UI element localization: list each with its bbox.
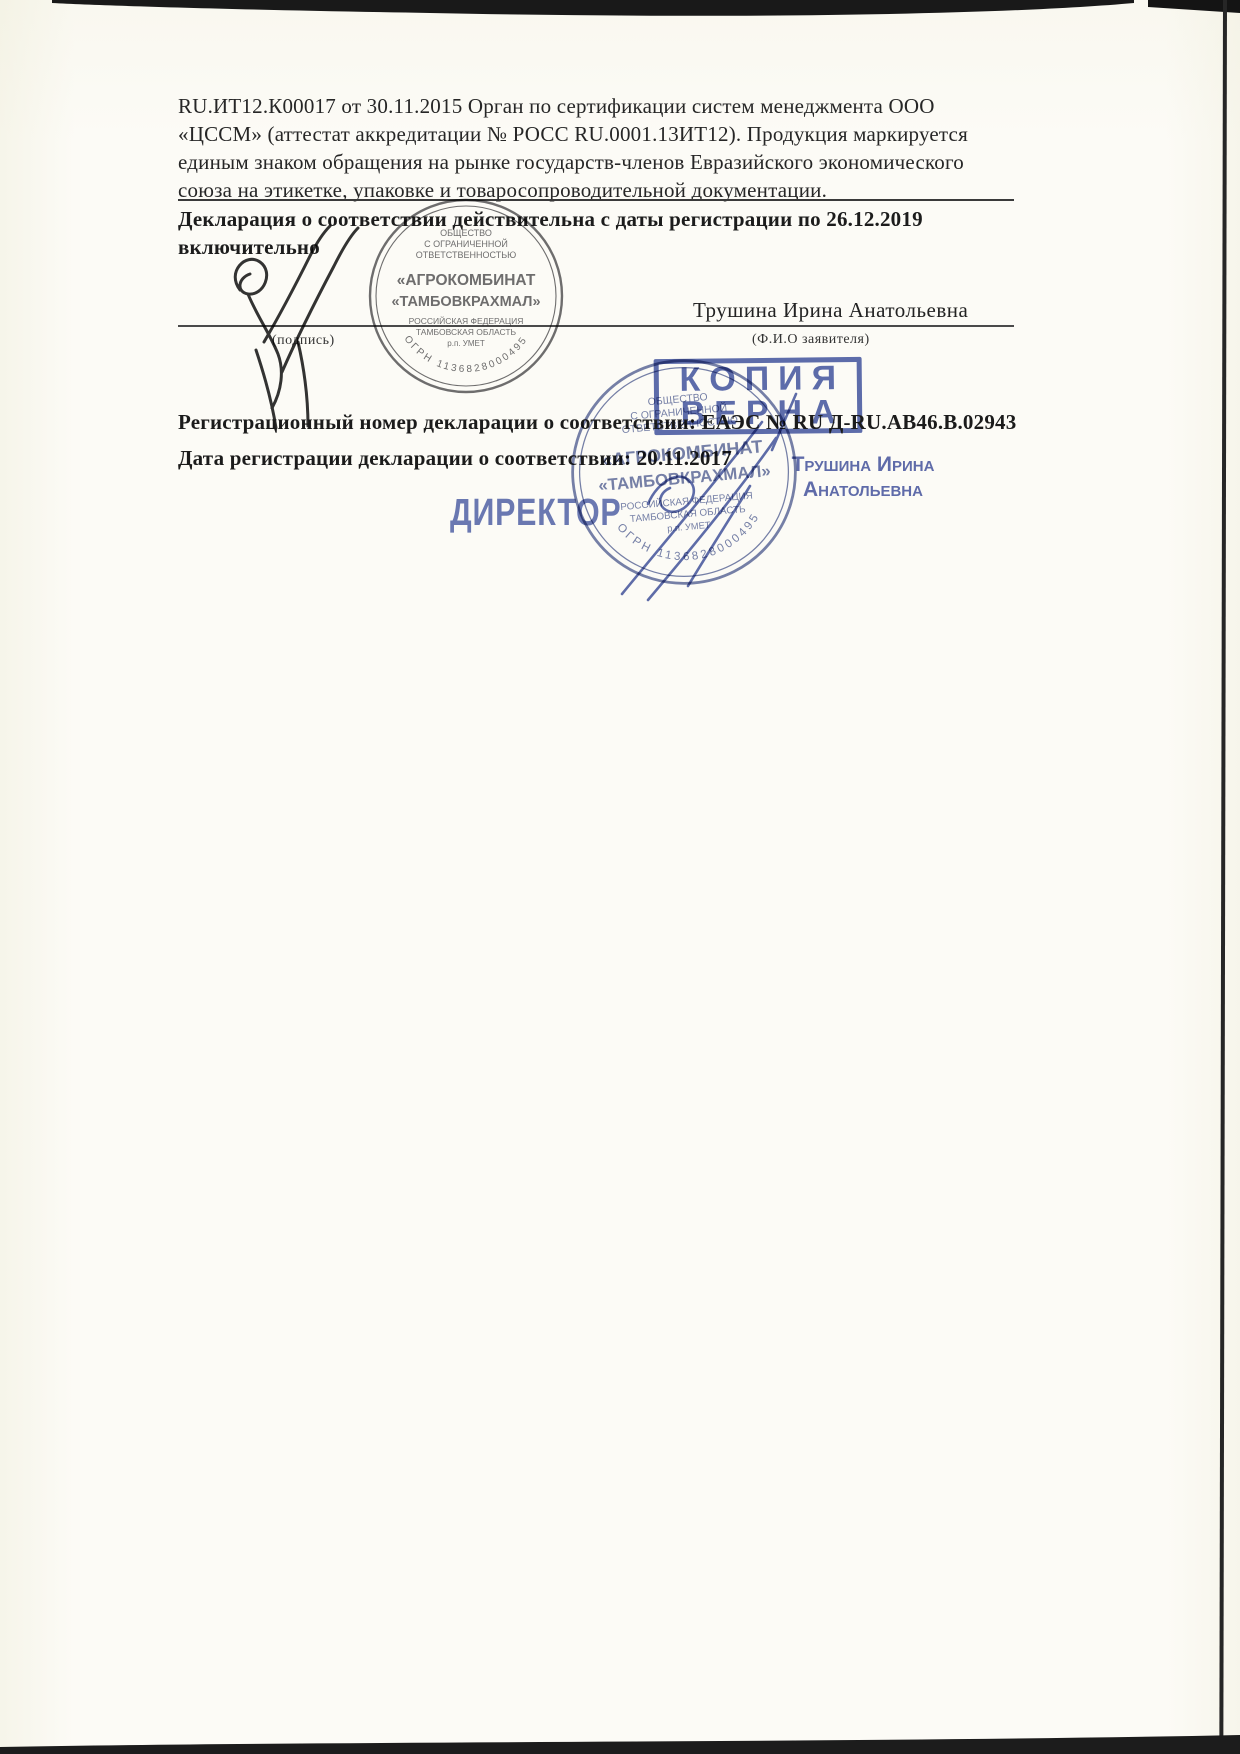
paragraph-line: RU.ИТ12.К00017 от 30.11.2015 Орган по се…	[178, 92, 1058, 120]
applicant-name-label: (Ф.И.О заявителя)	[752, 332, 870, 348]
scan-artifact-right-edge	[1219, 0, 1227, 1754]
stamp-org-name-line: «ТАМБОВКРАХМАЛ»	[391, 294, 540, 310]
director-name-line: Анатольевна	[788, 477, 938, 502]
scan-artifact-bottom	[0, 1732, 1240, 1754]
director-name: Трушина Ирина Анатольевна	[788, 452, 938, 502]
director-name-line: Трушина Ирина	[788, 452, 938, 477]
handwritten-signature-blue	[596, 386, 806, 606]
stamp-region-line: р.п. УМЕТ	[447, 339, 485, 348]
applicant-name: Трушина Ирина Анатольевна	[693, 298, 968, 323]
handwritten-signature-black	[212, 222, 372, 437]
stamp-org-name-line: «АГРОКОМБИНАТ	[397, 272, 536, 289]
stamp-region-line: ТАМБОВСКАЯ ОБЛАСТЬ	[416, 327, 517, 337]
scanned-document-page: RU.ИТ12.К00017 от 30.11.2015 Орган по се…	[0, 0, 1240, 1754]
scan-artifact-top	[0, 0, 1240, 30]
stamp-org-type-line: ОТВЕТСТВЕННОСТЬЮ	[416, 250, 516, 260]
paragraph-underline	[178, 199, 1014, 201]
stamp-region-line: РОССИЙСКАЯ ФЕДЕРАЦИЯ	[409, 315, 524, 326]
round-stamp-agrokombinat-gray: ОБЩЕСТВО С ОГРАНИЧЕННОЙ ОТВЕТСТВЕННОСТЬЮ…	[366, 196, 566, 396]
paragraph-line: «ЦССМ» (аттестат аккредитации № РОСС RU.…	[178, 120, 1058, 148]
stamp-org-type-line: ОБЩЕСТВО	[440, 228, 492, 238]
certification-body-paragraph: RU.ИТ12.К00017 от 30.11.2015 Орган по се…	[178, 92, 1058, 204]
stamp-org-type-line: С ОГРАНИЧЕННОЙ	[424, 238, 508, 249]
paragraph-line: единым знаком обращения на рынке государ…	[178, 148, 1058, 176]
